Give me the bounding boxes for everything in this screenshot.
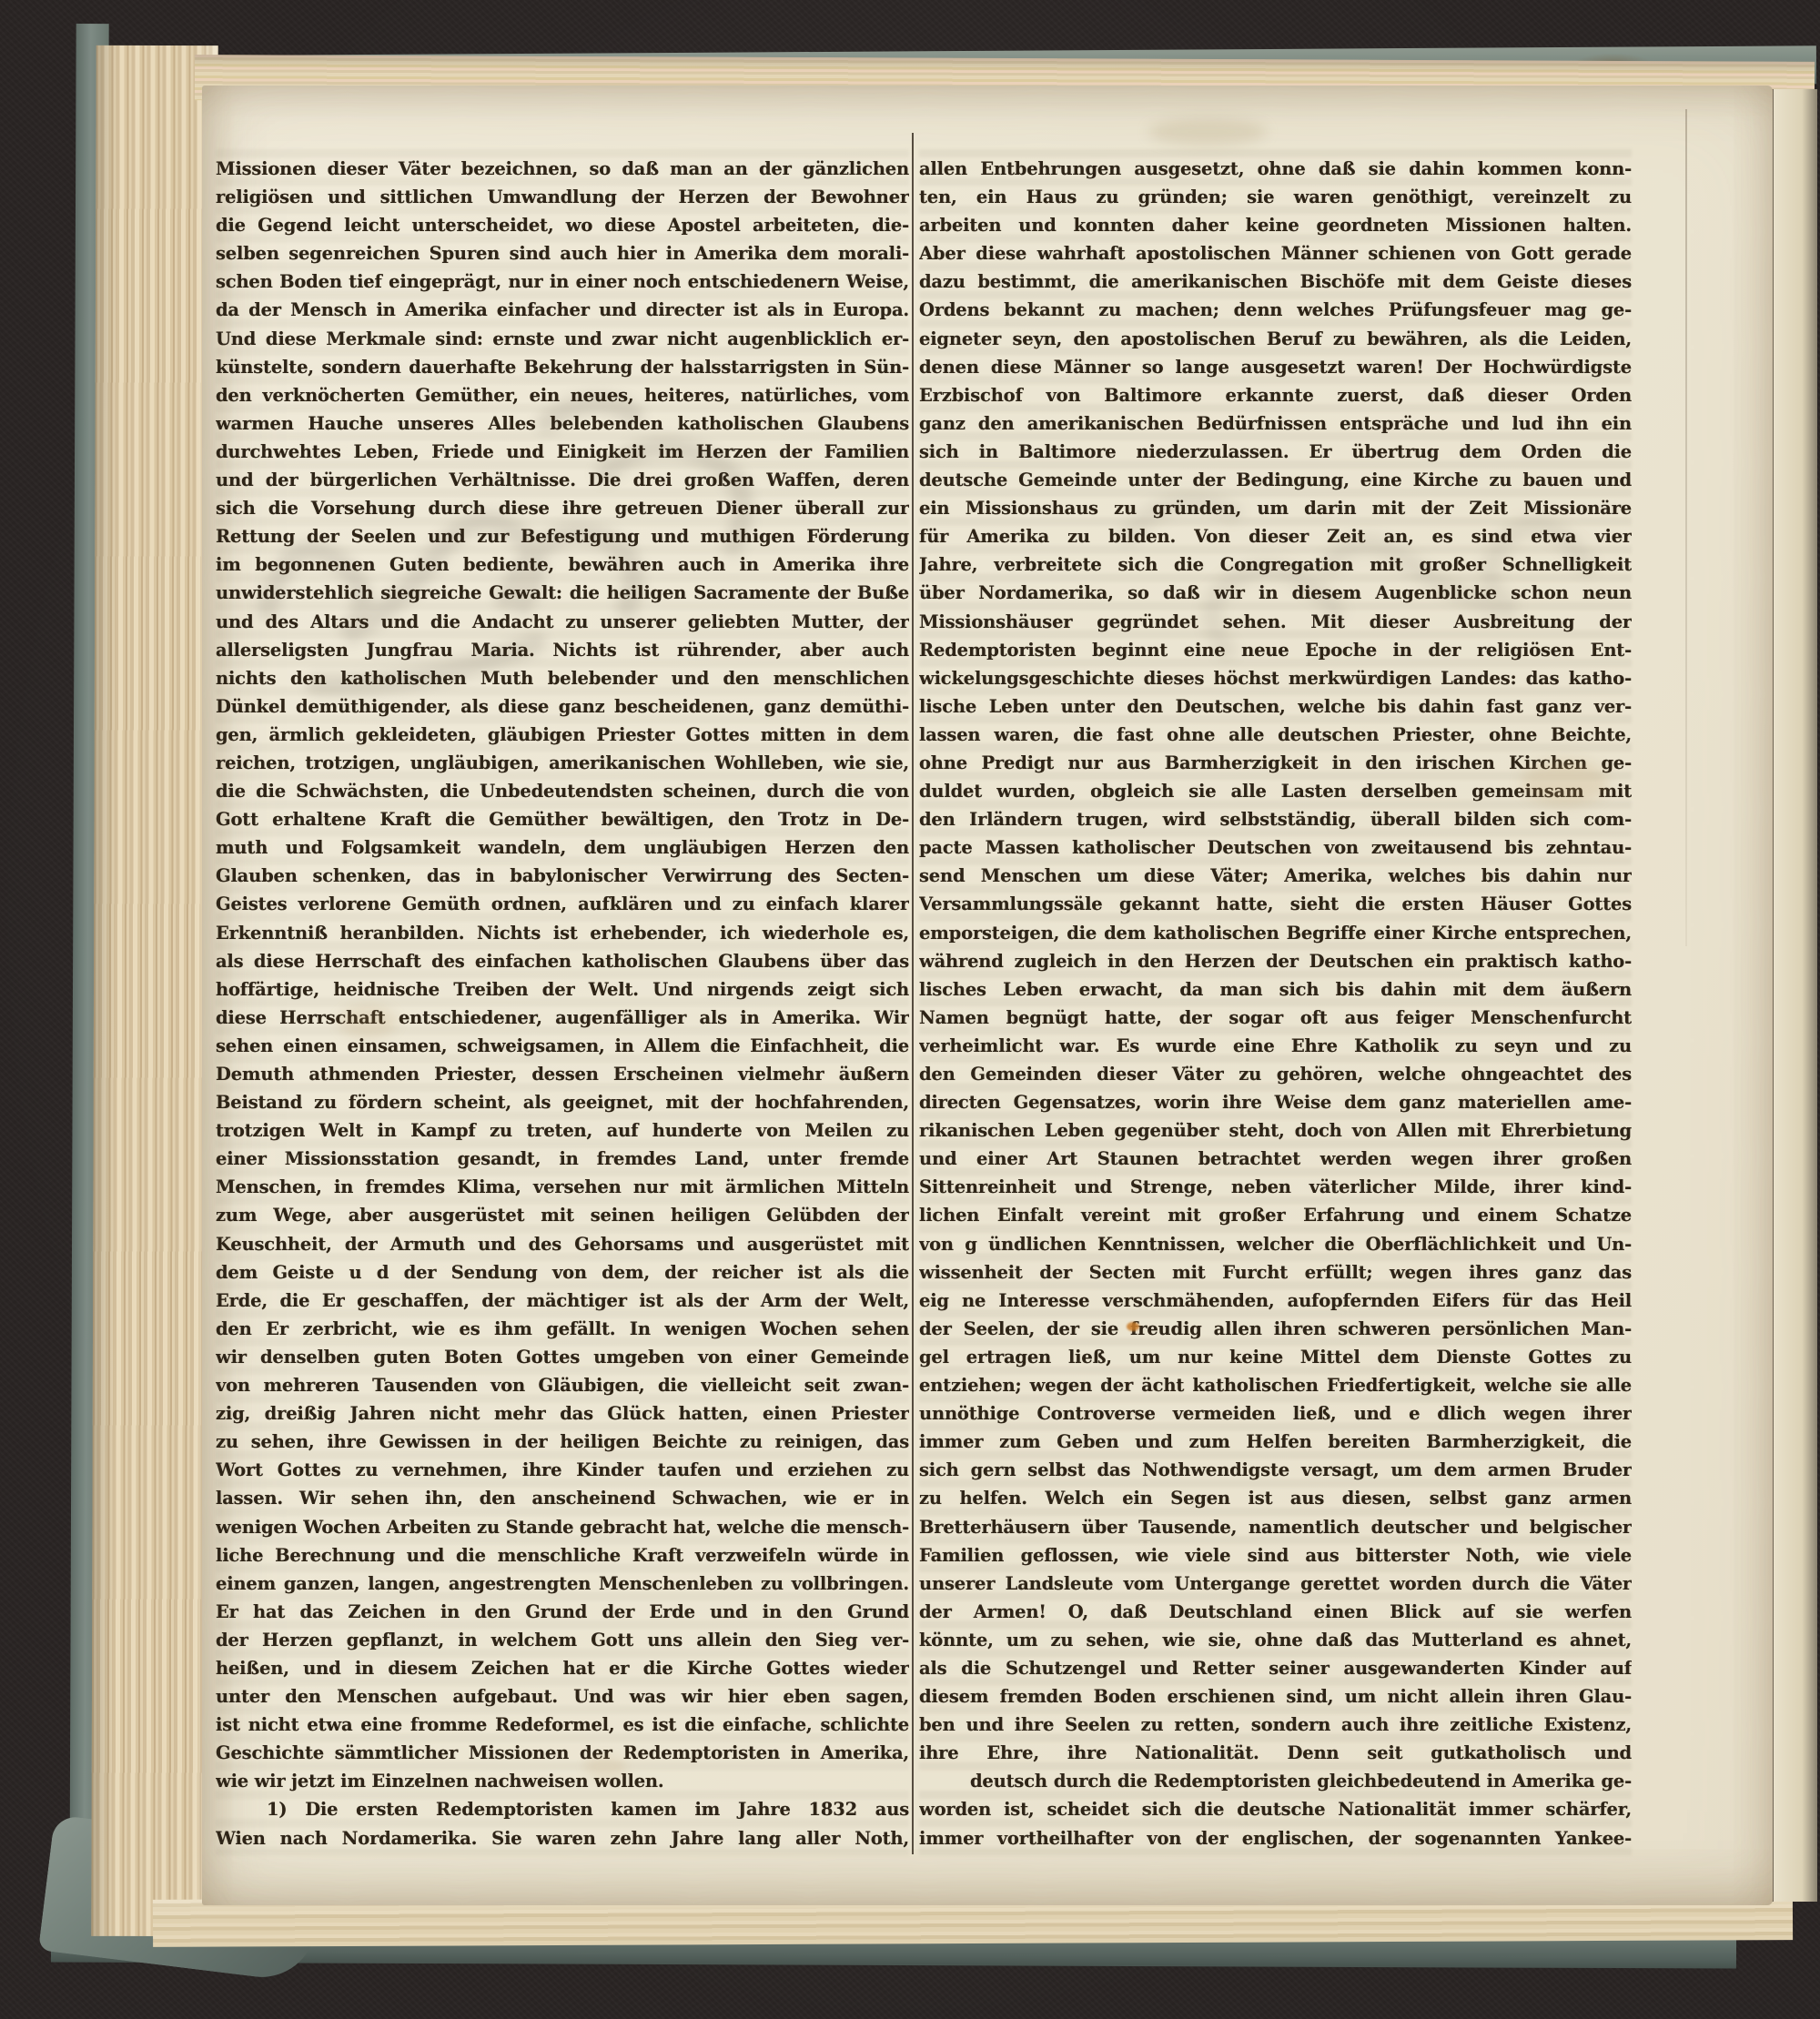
text-line: lassen. Wir sehen ihn, den anscheinend S… <box>216 1484 909 1512</box>
text-line: Er hat das Zeichen in den Grund der Erde… <box>216 1598 909 1626</box>
column-divider <box>912 133 914 1854</box>
text-line: wissenheit der Secten mit Furcht erfüllt… <box>919 1258 1632 1287</box>
text-line: ben und ihre Seelen zu retten, sondern a… <box>919 1711 1632 1739</box>
text-line: liche Berechnung und die menschliche Kra… <box>216 1541 909 1570</box>
text-line: Beistand zu fördern scheint, als geeigne… <box>216 1088 909 1116</box>
text-line: lassen waren, die fast ohne alle deutsch… <box>919 721 1632 749</box>
text-line: Glauben schenken, das in babylonischer V… <box>216 862 909 890</box>
text-line: deutsch durch die Redemptoristen gleichb… <box>919 1767 1632 1795</box>
text-line: wenigen Wochen Arbeiten zu Stande gebrac… <box>216 1513 909 1541</box>
text-line: Wien nach Nordamerika. Sie waren zehn Ja… <box>216 1824 909 1852</box>
text-line: Geistes verlorene Gemüth ordnen, aufklär… <box>216 890 909 918</box>
text-line: dazu bestimmt, die amerikanischen Bischö… <box>919 268 1632 296</box>
text-line: directen Gegensatzes, worin ihre Weise d… <box>919 1088 1632 1116</box>
text-line: der Armen! O, daß Deutschland einen Blic… <box>919 1598 1632 1626</box>
text-line: Aber diese wahrhaft apostolischen Männer… <box>919 239 1632 268</box>
text-line: Namen begnügt hatte, der sogar oft aus f… <box>919 1004 1632 1032</box>
text-line: den Irländern trugen, wird selbstständig… <box>919 805 1632 833</box>
text-line: Gott erhaltene Kraft die Gemüther bewält… <box>216 805 909 833</box>
text-line: zu helfen. Welch ein Segen ist aus diese… <box>919 1484 1632 1512</box>
text-line: gel ertragen ließ, um nur keine Mittel d… <box>919 1343 1632 1371</box>
text-line: Wort Gottes zu vernehmen, ihre Kinder ta… <box>216 1456 909 1484</box>
text-line: religiösen und sittlichen Umwandlung der… <box>216 183 909 211</box>
text-line: den Er zerbricht, wie es ihm gefällt. In… <box>216 1315 909 1343</box>
text-line: ihre Ehre, ihre Nationalität. Denn seit … <box>919 1739 1632 1767</box>
text-line: Rettung der Seelen und zur Befestigung u… <box>216 522 909 550</box>
text-line: über Nordamerika, so daß wir in diesem A… <box>919 579 1632 607</box>
text-line: einem ganzen, langen, angestrengten Mens… <box>216 1570 909 1598</box>
text-line: künstelte, sondern dauerhafte Bekehrung … <box>216 353 909 381</box>
text-line: den verknöcherten Gemüther, ein neues, h… <box>216 381 909 409</box>
text-line: diese Herrschaft entschiedener, augenfäl… <box>216 1004 909 1032</box>
text-line: entziehen; wegen der ächt katholischen F… <box>919 1371 1632 1399</box>
text-line: rikanischen Leben gegenüber steht, doch … <box>919 1116 1632 1145</box>
text-line: deutsche Gemeinde unter der Bedingung, e… <box>919 466 1632 494</box>
text-line: Dünkel demüthigender, als diese ganz bes… <box>216 692 909 721</box>
text-line: selben segenreichen Spuren sind auch hie… <box>216 239 909 268</box>
text-line: durchwehtes Leben, Friede und Einigkeit … <box>216 438 909 466</box>
text-line: unwiderstehlich siegreiche Gewalt: die h… <box>216 579 909 607</box>
text-line: und des Altars und die Andacht zu unsere… <box>216 608 909 636</box>
text-line: für Amerika zu bilden. Von dieser Zeit a… <box>919 522 1632 550</box>
text-line: als die Schutzengel und Retter seiner au… <box>919 1654 1632 1682</box>
text-line: und der bürgerlichen Verhältnisse. Die d… <box>216 466 909 494</box>
text-line: von g ündlichen Kenntnissen, welcher die… <box>919 1230 1632 1258</box>
text-line: Ordens bekannt zu machen; denn welches P… <box>919 296 1632 324</box>
text-line: sich gern selbst das Nothwendigste versa… <box>919 1456 1632 1484</box>
text-line: zu sehen, ihre Gewissen in der heiligen … <box>216 1428 909 1456</box>
text-line: unter den Menschen aufgebaut. Und was wi… <box>216 1682 909 1711</box>
text-line: der Seelen, der sie freudig allen ihren … <box>919 1315 1632 1343</box>
text-line: Jahre, verbreitete sich die Congregation… <box>919 550 1632 579</box>
text-line: eigneter seyn, den apostolischen Beruf z… <box>919 325 1632 353</box>
text-line: Missionen dieser Väter bezeichnen, so da… <box>216 155 909 183</box>
text-line: warmen Hauche unseres Alles belebenden k… <box>216 409 909 438</box>
text-line: könnte, um zu sehen, wie sie, ohne daß d… <box>919 1626 1632 1654</box>
text-line: die die Schwächsten, die Unbedeutendsten… <box>216 777 909 805</box>
text-line: immer zum Geben und zum Helfen bereiten … <box>919 1428 1632 1456</box>
text-line: Geschichte sämmtlicher Missionen der Red… <box>216 1739 909 1767</box>
text-line: lisches Leben erwacht, da man sich bis d… <box>919 975 1632 1004</box>
text-line: immer vortheilhafter von der englischen,… <box>919 1824 1632 1852</box>
text-line: ein Missionshaus zu gründen, um darin mi… <box>919 494 1632 522</box>
text-line: lische Leben unter den Deutschen, welche… <box>919 692 1632 721</box>
text-line: sich in Baltimore niederzulassen. Er übe… <box>919 438 1632 466</box>
text-line: muth und Folgsamkeit wandeln, dem ungläu… <box>216 833 909 862</box>
text-line: send Menschen um diese Väter; Amerika, w… <box>919 862 1632 890</box>
page-edges-left <box>91 45 217 1936</box>
text-line: Missionshäuser gegründet sehen. Mit dies… <box>919 608 1632 636</box>
text-line: Bretterhäusern über Tausende, namentlich… <box>919 1513 1632 1541</box>
text-line: emporsteigen, die dem katholischen Begri… <box>919 919 1632 947</box>
text-line: im begonnenen Guten bediente, bewähren a… <box>216 550 909 579</box>
text-line: wickelungsgeschichte dieses höchst merkw… <box>919 664 1632 692</box>
text-line: wie wir jetzt im Einzelnen nachweisen wo… <box>216 1767 909 1795</box>
text-line: der Herzen gepflanzt, in welchem Gott un… <box>216 1626 909 1654</box>
text-line: verheimlicht war. Es wurde eine Ehre Kat… <box>919 1032 1632 1060</box>
page-fold-line <box>1685 109 1687 946</box>
text-line: Demuth athmenden Priester, dessen Ersche… <box>216 1060 909 1088</box>
text-line: ten, ein Haus zu gründen; sie waren genö… <box>919 183 1632 211</box>
text-line: eig ne Interesse verschmähenden, aufopfe… <box>919 1287 1632 1315</box>
text-line: arbeiten und konnten daher keine geordne… <box>919 211 1632 239</box>
text-column-left: Missionen dieser Väter bezeichnen, so da… <box>216 155 909 1852</box>
text-line: während zugleich in den Herzen der Deuts… <box>919 947 1632 975</box>
text-line: von mehreren Tausenden von Gläubigen, di… <box>216 1371 909 1399</box>
text-line: und einer Art Staunen betrachtet werden … <box>919 1145 1632 1173</box>
text-line: denen diese Männer so lange ausgesetzt w… <box>919 353 1632 381</box>
text-line: diesem fremden Boden erschienen sind, um… <box>919 1682 1632 1711</box>
text-line: sehen einen einsamen, schweigsamen, in A… <box>216 1032 909 1060</box>
text-line: Versammlungssäle gekannt hatte, sieht di… <box>919 890 1632 918</box>
text-line: wir denselben guten Boten Gottes umgeben… <box>216 1343 909 1371</box>
text-line: reichen, trotzigen, ungläubigen, amerika… <box>216 749 909 777</box>
text-line: 1) Die ersten Redemptoristen kamen im Ja… <box>216 1795 909 1823</box>
text-line: da der Mensch in Amerika einfacher und d… <box>216 296 909 324</box>
text-line: allen Entbehrungen ausgesetzt, ohne daß … <box>919 155 1632 183</box>
text-line: unnöthige Controverse vermeiden ließ, un… <box>919 1399 1632 1428</box>
text-line: unserer Landsleute vom Untergange gerett… <box>919 1570 1632 1598</box>
text-line: ganz den amerikanischen Bedürfnissen ent… <box>919 409 1632 438</box>
text-line: Redemptoristen beginnt eine neue Epoche … <box>919 636 1632 664</box>
text-line: worden ist, scheidet sich die deutsche N… <box>919 1795 1632 1823</box>
text-line: Erde, die Er geschaffen, der mächtiger i… <box>216 1287 909 1315</box>
text-line: als diese Herrschaft des einfachen katho… <box>216 947 909 975</box>
text-line: Keuschheit, der Armuth und des Gehorsams… <box>216 1230 909 1258</box>
paper-stain <box>1148 118 1267 146</box>
text-line: lichen Einfalt vereint mit großer Erfahr… <box>919 1201 1632 1229</box>
text-line: gen, ärmlich gekleideten, gläubigen Prie… <box>216 721 909 749</box>
text-line: hoffärtige, heidnische Treiben der Welt.… <box>216 975 909 1004</box>
text-line: pacte Massen katholischer Deutschen von … <box>919 833 1632 862</box>
text-line: den Gemeinden dieser Väter zu gehören, w… <box>919 1060 1632 1088</box>
underlying-page-edge <box>1771 89 1817 1902</box>
text-line: Erkenntniß heranbilden. Nichts ist erheb… <box>216 919 909 947</box>
text-line: schen Boden tief eingeprägt, nur in eine… <box>216 268 909 296</box>
text-line: zig, dreißig Jahren nicht mehr das Glück… <box>216 1399 909 1428</box>
text-line: einer Missionsstation gesandt, in fremde… <box>216 1145 909 1173</box>
text-line: allerseligsten Jungfrau Maria. Nichts is… <box>216 636 909 664</box>
text-line: Und diese Merkmale sind: ernste und zwar… <box>216 325 909 353</box>
text-line: sich die Vorsehung durch diese ihre getr… <box>216 494 909 522</box>
text-line: Familien geflossen, wie viele sind aus b… <box>919 1541 1632 1570</box>
text-line: ohne Predigt nur aus Barmherzigkeit in d… <box>919 749 1632 777</box>
text-column-right: allen Entbehrungen ausgesetzt, ohne daß … <box>919 155 1632 1852</box>
text-line: die Gegend leicht unterscheidet, wo dies… <box>216 211 909 239</box>
text-line: zum Wege, aber ausgerüstet mit seinen he… <box>216 1201 909 1229</box>
text-line: heißen, und in diesem Zeichen hat er die… <box>216 1654 909 1682</box>
book-page: Missionen dieser Väter bezeichnen, so da… <box>202 86 1773 1905</box>
text-line: duldet wurden, obgleich sie alle Lasten … <box>919 777 1632 805</box>
text-line: trotzigen Welt in Kampf zu treten, auf h… <box>216 1116 909 1145</box>
text-line: dem Geiste u d der Sendung von dem, der … <box>216 1258 909 1287</box>
text-line: ist nicht etwa eine fromme Redeformel, e… <box>216 1711 909 1739</box>
text-line: Sittenreinheit und Strenge, neben väterl… <box>919 1173 1632 1201</box>
text-line: Menschen, in fremdes Klima, versehen nur… <box>216 1173 909 1201</box>
text-line: Erzbischof von Baltimore erkannte zuerst… <box>919 381 1632 409</box>
text-line: nichts den katholischen Muth belebender … <box>216 664 909 692</box>
book-scan: Missionen dieser Väter bezeichnen, so da… <box>0 0 1820 2019</box>
